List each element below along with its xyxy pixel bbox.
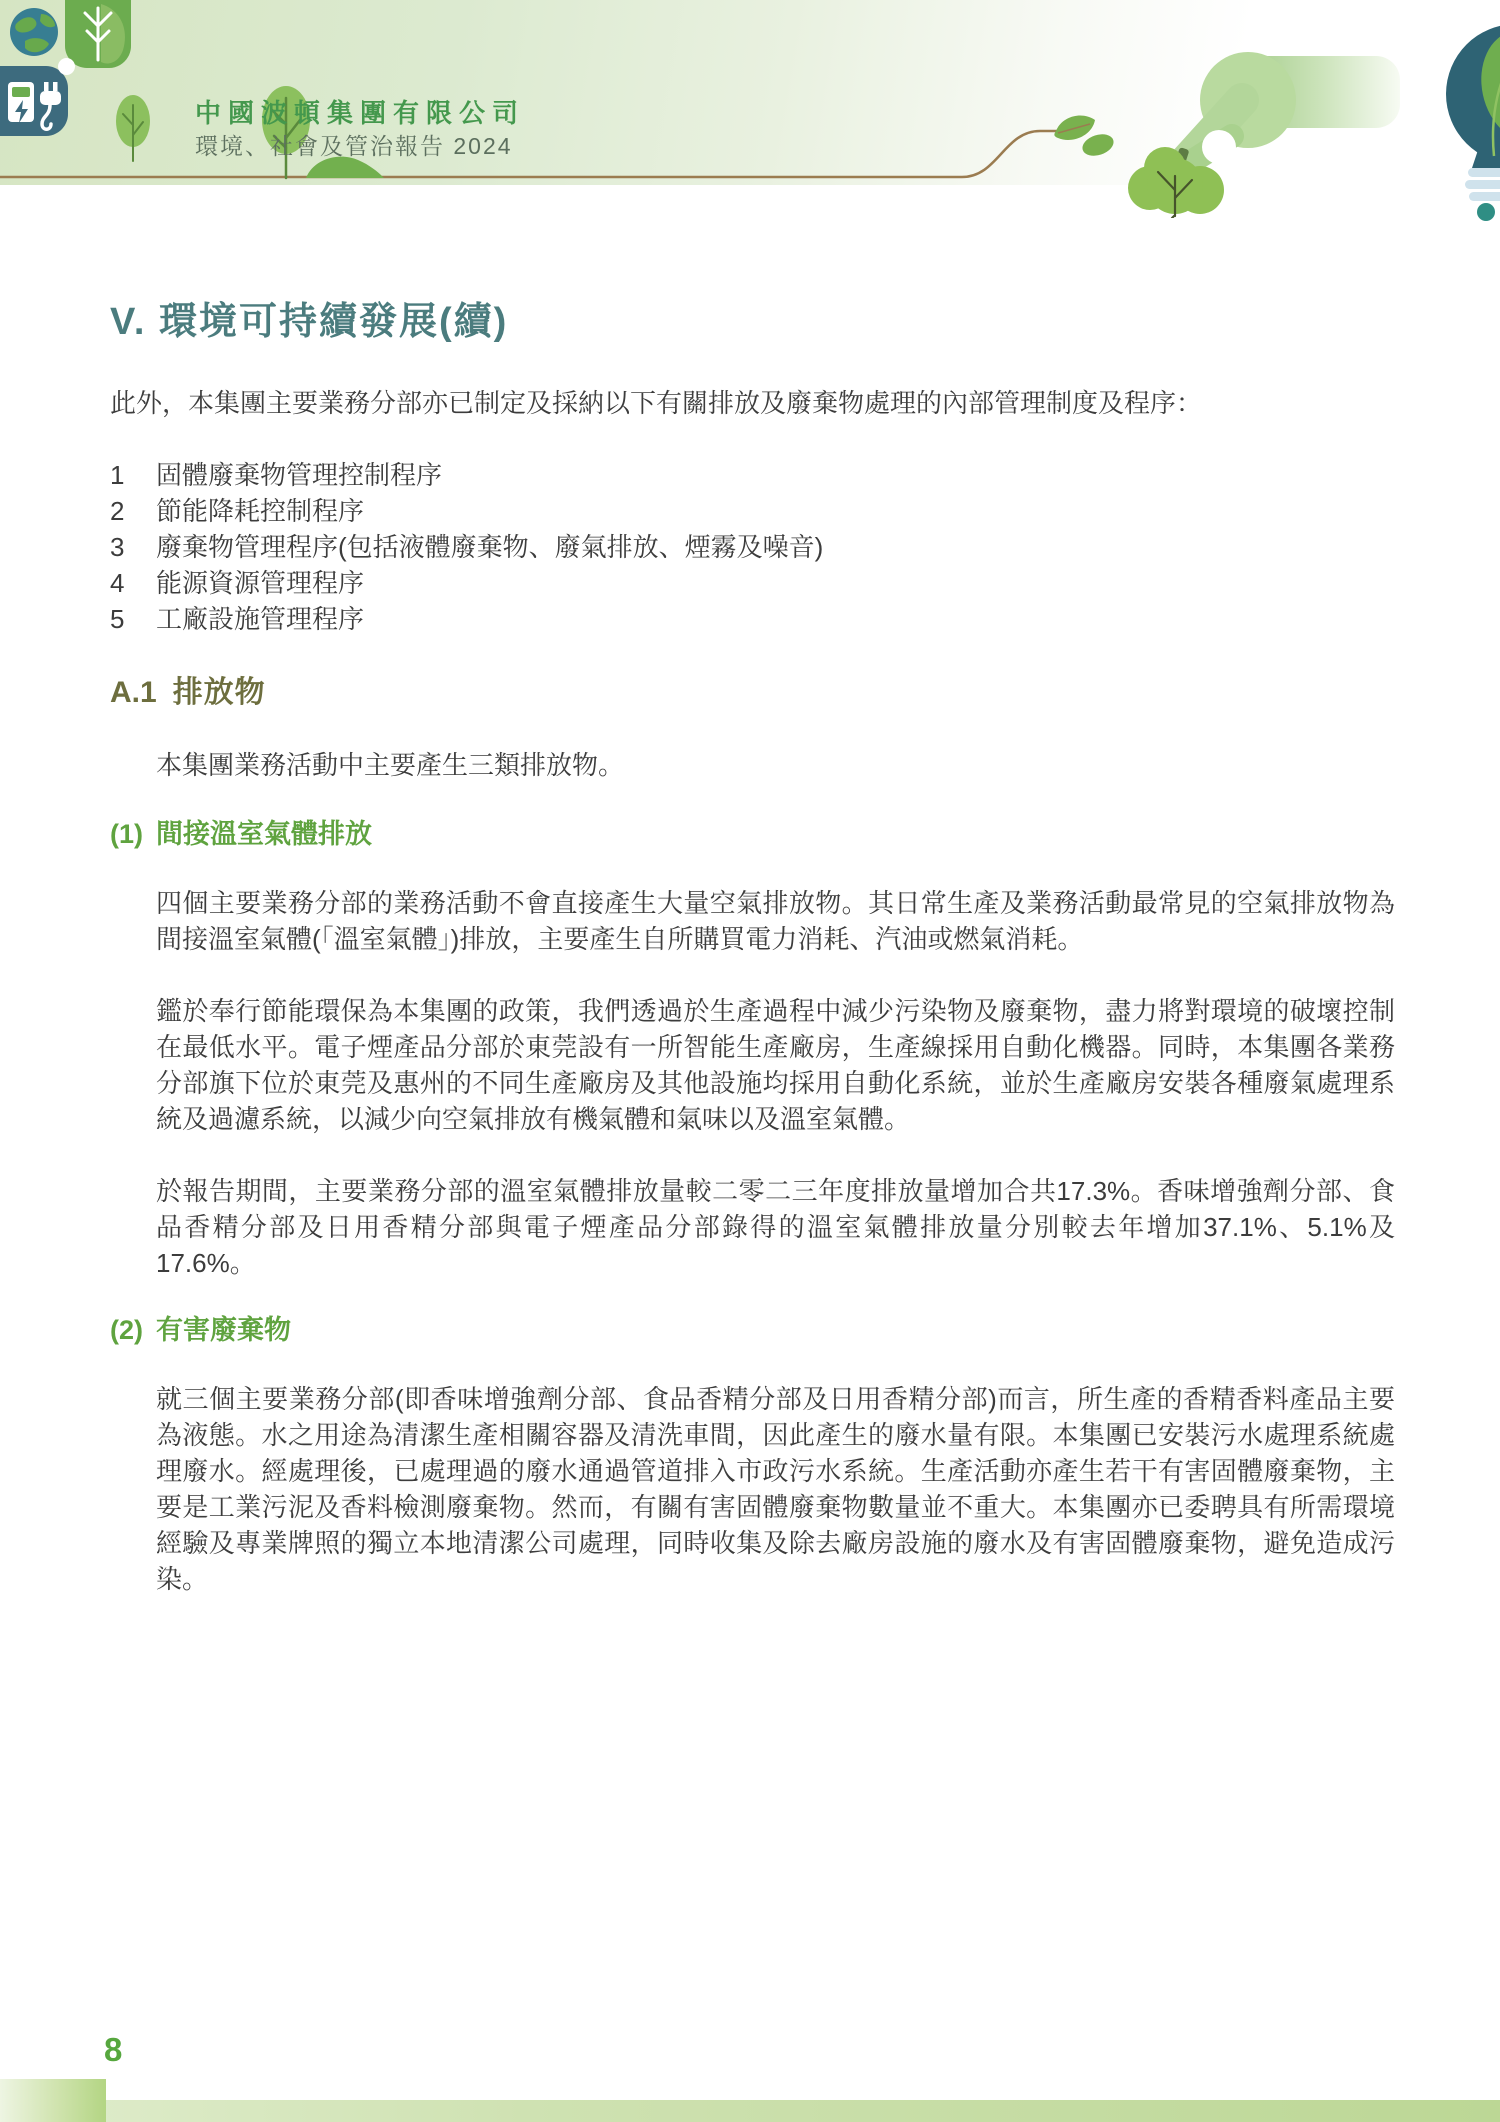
company-name: 中國波頓集團有限公司 — [195, 100, 525, 126]
report-title: 環境、社會及管治報告 2024 — [195, 135, 525, 158]
lead-paragraph: 本集團業務活動中主要產生三類排放物。 — [110, 747, 1395, 783]
procedure-number: 5 — [110, 601, 156, 637]
procedure-text: 工廠設施管理程序 — [156, 601, 364, 637]
footer-strip — [0, 2100, 1500, 2122]
subsection-heading: A.1排放物 — [110, 667, 1395, 711]
emissions-block-1: (1) 間接溫室氣體排放 四個主要業務分部的業務活動不會直接產生大量空氣排放物。… — [110, 817, 1395, 1281]
procedure-text: 固體廢棄物管理控制程序 — [156, 457, 442, 493]
block-paragraphs: 就三個主要業務分部(即香味增強劑分部、食品香精分部及日用香精分部)而言，所生產的… — [110, 1381, 1395, 1597]
block-number: (2) — [110, 1313, 156, 1347]
leaf-badge-icon — [65, 0, 131, 68]
lightbulb-icon — [1428, 16, 1500, 221]
paragraph: 鑑於奉行節能環保為本集團的政策，我們透過於生產過程中減少污染物及廢棄物，盡力將對… — [156, 993, 1395, 1137]
procedure-number: 4 — [110, 565, 156, 601]
procedure-number: 1 — [110, 457, 156, 493]
bulb-base-shape — [1465, 168, 1500, 201]
block-heading: (1) 間接溫室氣體排放 — [110, 817, 1395, 851]
subsection-title: 排放物 — [173, 676, 266, 709]
ev-charger-icon — [0, 66, 68, 138]
page: 中國波頓集團有限公司 環境、社會及管治報告 2024 — [0, 0, 1500, 2122]
connector-dot — [58, 58, 75, 75]
procedure-text: 廢棄物管理程序(包括液體廢棄物、廢氣排放、煙霧及噪音) — [156, 529, 823, 565]
section-title: V. 環境可持續發展(續) — [110, 290, 1395, 345]
tree-icon-small — [112, 95, 154, 165]
block-number: (1) — [110, 817, 156, 851]
procedure-item: 2 節能降耗控制程序 — [110, 493, 1395, 529]
block-heading: (2) 有害廢棄物 — [110, 1313, 1395, 1347]
procedure-item: 1 固體廢棄物管理控制程序 — [110, 457, 1395, 493]
intro-paragraph: 此外，本集團主要業務分部亦已制定及採納以下有關排放及廢棄物處理的內部管理制度及程… — [110, 385, 1395, 421]
footer-left-block — [0, 2079, 106, 2122]
globe-icon — [8, 6, 60, 58]
procedure-number: 2 — [110, 493, 156, 529]
paragraph: 四個主要業務分部的業務活動不會直接產生大量空氣排放物。其日常生產及業務活動最常見… — [156, 885, 1395, 957]
procedure-item: 5 工廠設施管理程序 — [110, 601, 1395, 637]
procedure-text: 節能降耗控制程序 — [156, 493, 364, 529]
procedure-number: 3 — [110, 529, 156, 565]
procedure-text: 能源資源管理程序 — [156, 565, 364, 601]
procedure-item: 4 能源資源管理程序 — [110, 565, 1395, 601]
block-title: 間接溫室氣體排放 — [156, 817, 372, 851]
main-content: V. 環境可持續發展(續) 此外，本集團主要業務分部亦已制定及採納以下有關排放及… — [110, 290, 1395, 1629]
hand-planting-icon — [1080, 48, 1400, 218]
paragraph: 於報告期間，主要業務分部的溫室氣體排放量較二零二三年度排放量增加合共17.3%。… — [156, 1173, 1395, 1281]
mound-shape — [306, 157, 384, 178]
block-paragraphs: 四個主要業務分部的業務活動不會直接產生大量空氣排放物。其日常生產及業務活動最常見… — [110, 885, 1395, 1281]
procedure-item: 3 廢棄物管理程序(包括液體廢棄物、廢氣排放、煙霧及噪音) — [110, 529, 1395, 565]
brand-lockup: 中國波頓集團有限公司 環境、社會及管治報告 2024 — [195, 100, 525, 158]
procedures-list: 1 固體廢棄物管理控制程序 2 節能降耗控制程序 3 廢棄物管理程序(包括液體廢… — [110, 457, 1395, 637]
block-title: 有害廢棄物 — [156, 1313, 291, 1347]
paragraph: 就三個主要業務分部(即香味增強劑分部、食品香精分部及日用香精分部)而言，所生產的… — [156, 1381, 1395, 1597]
emissions-block-2: (2) 有害廢棄物 就三個主要業務分部(即香味增強劑分部、食品香精分部及日用香精… — [110, 1313, 1395, 1597]
page-number: 8 — [104, 2031, 122, 2069]
subsection-id: A.1 — [110, 676, 157, 709]
